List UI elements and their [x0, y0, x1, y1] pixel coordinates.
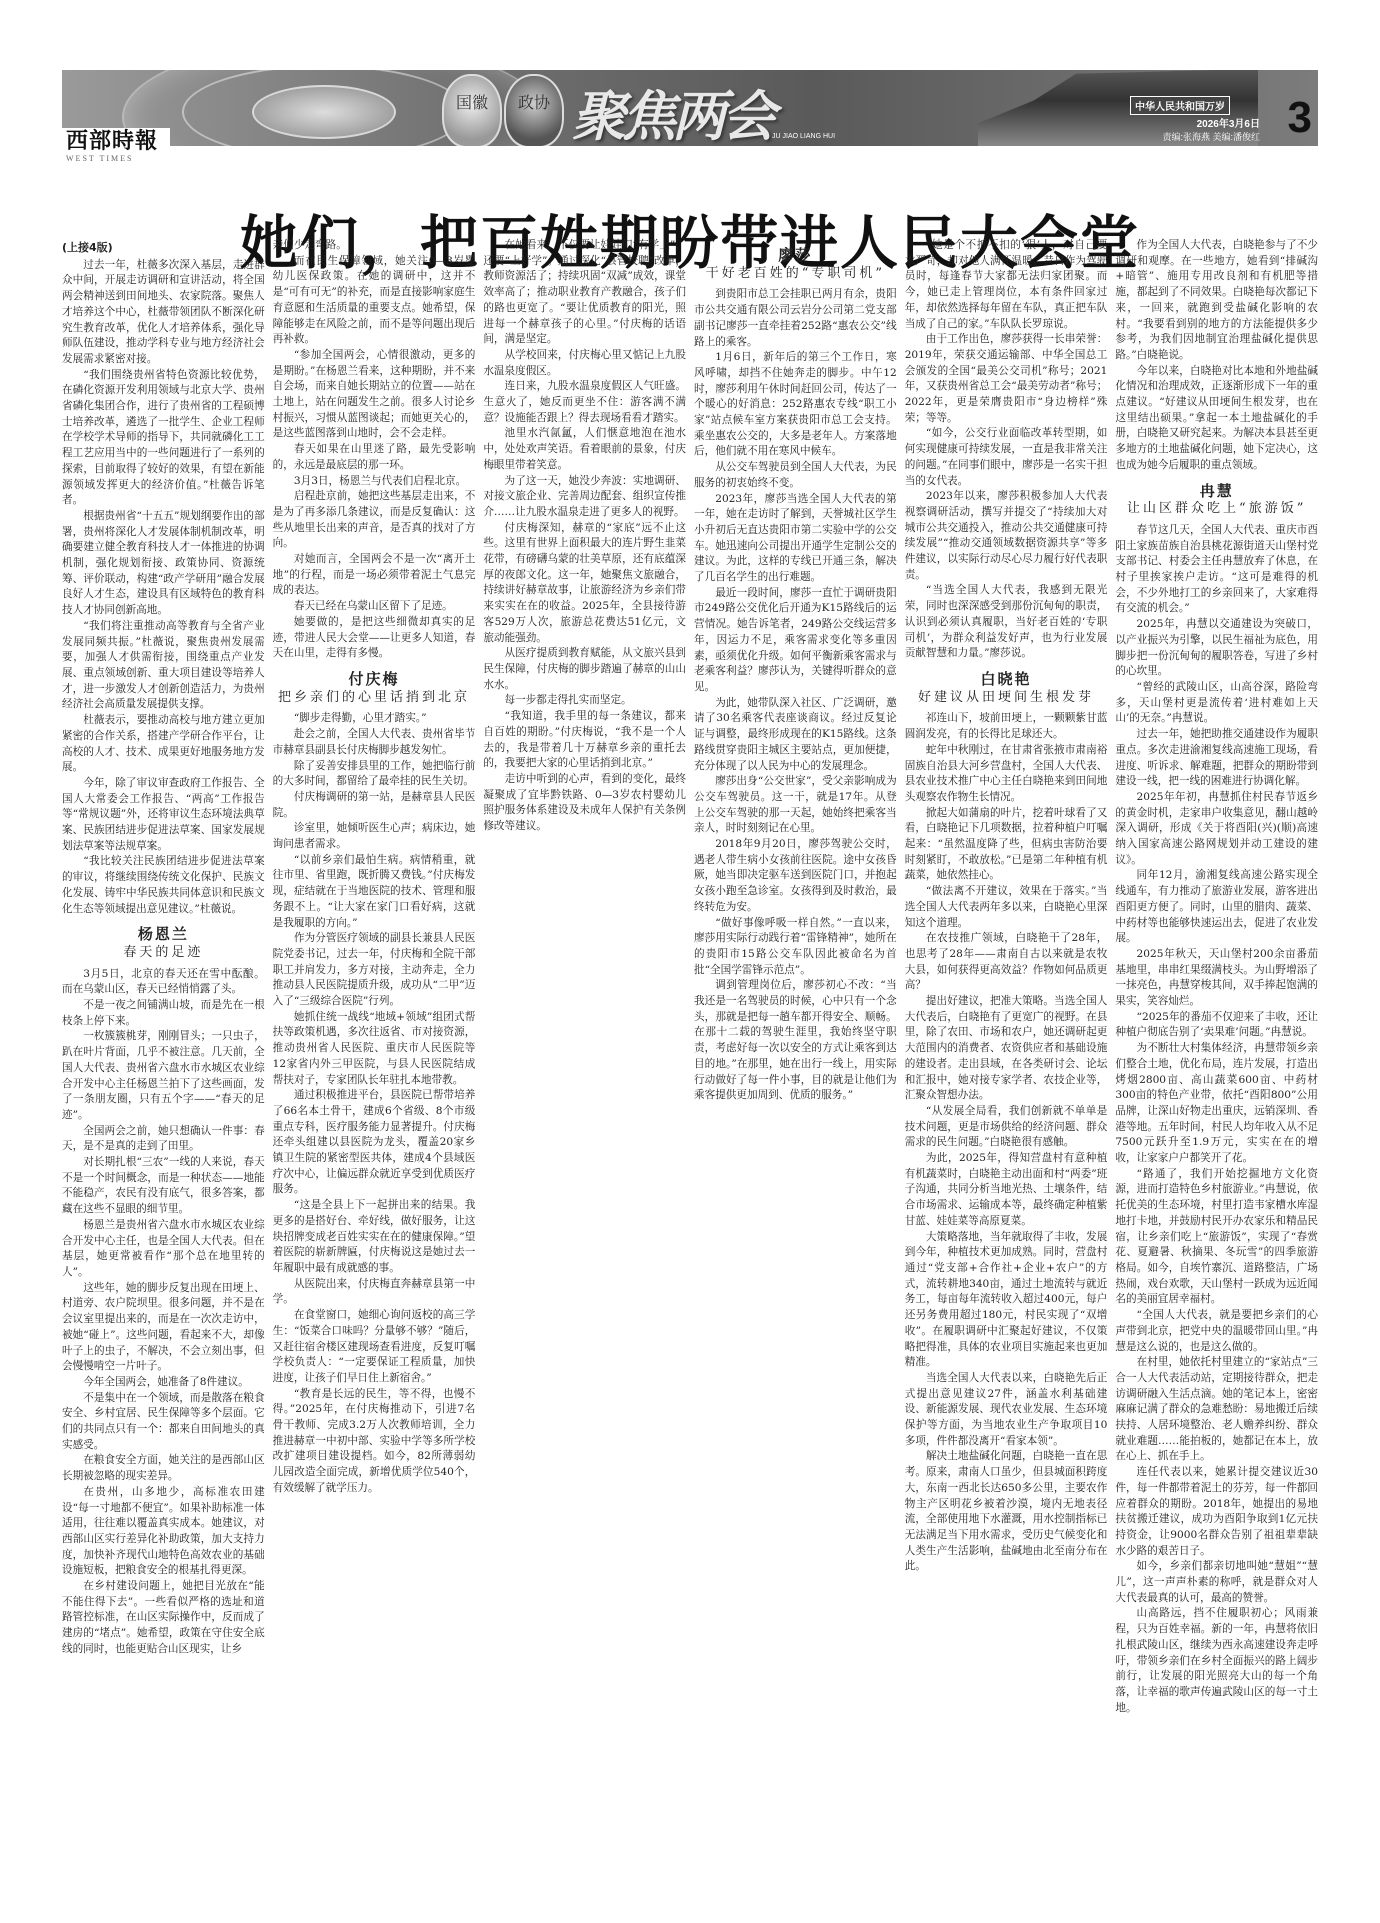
paragraph: “做好事像呼吸一样自然。”一直以来，廖莎用实际行动践行着“雷锋精神”，她所在的贵…: [694, 916, 897, 979]
paragraph: 廖莎出身“公交世家”，受父亲影响成为公交车驾驶员。这一干，就是17年。从登上公交…: [694, 774, 897, 837]
column-6: 作为全国人大代表，白晓艳参与了不少调研和观摩。在一些地方，她看到“排碱沟+暗管”…: [1115, 238, 1318, 1888]
fu-qingmei-body-cont: 在她看来，不仅要让娃娃们“有学上”，还要“上好学”。通过深化“县管校聘”改革，教…: [483, 238, 686, 835]
paragraph: “从发展全局看，我们创新就不单单是技术问题，更是市场供给的经济问题、群众需求的民…: [905, 1104, 1108, 1151]
paragraph: 为了这一天，她没少奔波：实地调研、对接文旅企业、完善周边配套、组织宣传推介……让…: [483, 474, 686, 521]
page-number: 3: [1288, 96, 1312, 140]
paragraph: 付庆梅调研的第一站，是赫章县人民医院。: [273, 790, 476, 821]
paragraph: 春天如果在山里迷了路，最先受影响的，永远是最底层的那一环。: [273, 442, 476, 473]
paragraph: 全国两会之前，她只想确认一件事：春天，是不是真的走到了田里。: [62, 1124, 265, 1155]
section-subtitle-ran-hui: 让山区群众吃上“旅游饭”: [1115, 501, 1318, 517]
liao-sha-body: 到贵阳市总工会挂职已两月有余，贵阳市公共交通有限公司云岩分公司第二党支部副书记廖…: [694, 287, 897, 1104]
paragraph: 在乡村建设问题上，她把目光放在“能不能住得下去”。一些看似严格的选址和道路管控标…: [62, 1579, 265, 1658]
paragraph: “脚步走得勤，心里才踏实。”: [273, 711, 476, 727]
paragraph: “教育是长远的民生，等不得，也慢不得。”2025年，在付庆梅推动下，引进7名骨干…: [273, 1387, 476, 1497]
bai-xiaoyan-body-cont: 作为全国人大代表，白晓艳参与了不少调研和观摩。在一些地方，她看到“排碱沟+暗管”…: [1115, 238, 1318, 474]
intro-body: 过去一年，杜薇多次深入基层，走进群众中间，开展走访调研和宣讲活动，将全国两会精神…: [62, 258, 265, 918]
paragraph: 诊室里，她倾听医生心声；病床边，她询问患者需求。: [273, 821, 476, 852]
paragraph: 同年12月，渝湘复线高速公路实现全线通车，有力推动了旅游业发展，游客进出酉阳更方…: [1115, 868, 1318, 947]
paragraph: 一枚簇簇桃芽，刚刚冒头；一只虫子，趴在叶片背面，几乎不被注意。几天前，全国人大代…: [62, 1029, 265, 1123]
column-5: “她是个不折不扣的‘狠’人，对自己要求严苛，却对他人满怀温暖。昔日作为驾驶员时，…: [905, 238, 1108, 1888]
section-name-fu-qingmei: 付庆梅: [273, 672, 476, 688]
paragraph: 为此，她带队深入社区、广泛调研，邀请了30名乘客代表座谈商议。经过反复论证与调整…: [694, 696, 897, 775]
paragraph: 提出好建议，把准大策略。当选全国人大代表后，白晓艳有了更宽广的视野。在县里，除了…: [905, 994, 1108, 1104]
newspaper-masthead: 西部時報 WEST TIMES: [62, 128, 170, 158]
column-1: (上接4版) 过去一年，杜薇多次深入基层，走进群众中间，开展走访调研和宣讲活动，…: [62, 238, 265, 1888]
editor-credits: 责编:张海燕 美编:潘俊红: [1162, 130, 1260, 143]
red-star-emblem-icon: [252, 85, 396, 139]
ran-hui-body: 春节这几天，全国人大代表、重庆市酉阳土家族苗族自治县桃花源街道天山堡村党支部书记…: [1115, 523, 1318, 1716]
column-4: 廖莎 干好老百姓的“专职司机” 到贵阳市总工会挂职已两月有余，贵阳市公共交通有限…: [694, 238, 897, 1888]
paragraph: “2025年的番茄不仅迎来了丰收，还让种植户彻底告别了‘卖果难’问题。”冉慧说。: [1115, 1010, 1318, 1041]
paragraph: 在粮食安全方面，她关注的是西部山区长期被忽略的现实差异。: [62, 1453, 265, 1484]
paragraph: 在食堂窗口，她细心询问返校的高三学生：“饭菜合口味吗？分量够不够？”随后，又赶往…: [273, 1308, 476, 1387]
paragraph: “以前乡亲们最怕生病。病情稍重，就往市里、省里跑，既折腾又费钱。”付庆梅发现，症…: [273, 853, 476, 932]
paragraph: 过去一年，杜薇多次深入基层，走进群众中间，开展走访调研和宣讲活动，将全国两会精神…: [62, 258, 265, 368]
paragraph: 调到管理岗位后，廖莎初心不改：“当我还是一名驾驶员的时候，心中只有一个念头，那就…: [694, 978, 897, 1104]
section-name-liao-sha: 廖莎: [694, 248, 897, 264]
cppcc-emblem-icon: 政协: [504, 74, 564, 146]
paragraph: 在农技推广领域，白晓艳干了28年，也思考了28年——肃南自古以来就是农牧大县，如…: [905, 931, 1108, 994]
section-subtitle-liao-sha: 干好老百姓的“专职司机”: [694, 266, 897, 282]
paragraph: 今年，除了审议审查政府工作报告、全国人大常委会工作报告、“两高”工作报告等“常规…: [62, 776, 265, 855]
paragraph: 每一步都走得扎实而坚定。: [483, 693, 686, 709]
paragraph: “我们围绕贵州省特色资源比较优势，在磷化资源开发利用领域与北京大学、贵州省磷化集…: [62, 368, 265, 509]
section-subtitle-bai-xiaoyan: 好建议从田埂间生根发芽: [905, 690, 1108, 706]
article-columns: (上接4版) 过去一年，杜薇多次深入基层，走进群众中间，开展走访调研和宣讲活动，…: [62, 238, 1318, 1888]
paragraph: 由于工作出色，廖莎获得一长串荣誉：2019年，荣获交通运输部、中华全国总工会颁发…: [905, 332, 1108, 426]
paragraph: 杨恩兰是贵州省六盘水市水城区农业综合开发中心主任，也是全国人大代表。但在基层，她…: [62, 1218, 265, 1281]
paragraph: 到贵阳市总工会挂职已两月有余，贵阳市公共交通有限公司云岩分公司第二党支部副书记廖…: [694, 287, 897, 350]
paragraph: 山高路远，挡不住履职初心；风雨兼程，只为百姓幸福。新的一年，冉慧将依旧扎根武陵山…: [1115, 1606, 1318, 1716]
paragraph: 在村里，她依托村里建立的“家站点”三合一人大代表活动站，定期接待群众，把走访调研…: [1115, 1355, 1318, 1465]
paragraph: 当选全国人大代表以来，白晓艳先后正式提出意见建议27件，涵盖水利基础建设、新能源…: [905, 1371, 1108, 1450]
paragraph: 走访中听到的心声，看到的变化，最终凝聚成了宜毕黔铁路、0—3岁农村婴幼儿照护服务…: [483, 772, 686, 835]
paragraph: 1月6日，新年后的第三个工作日，寒风呼啸，却挡不住她奔走的脚步。中午12时，廖莎…: [694, 350, 897, 460]
paragraph: “我们将注重推动高等教育与全省产业发展同频共振。”杜薇说，聚焦贵州发展需要，加强…: [62, 619, 265, 713]
paragraph: “如今，公交行业面临改革转型期，如何实现健康可持续发展，一直是我非常关注的问题。…: [905, 426, 1108, 489]
paragraph: 杜薇表示，要推动高校与地方建立更加紧密的合作关系，搭建产学研合作平台，让高校的人…: [62, 713, 265, 776]
paragraph: 如今，乡亲们都亲切地叫她“慧姐”“慧儿”，这一声声朴素的称呼，就是群众对人大代表…: [1115, 1559, 1318, 1606]
paragraph: 通过积极推进平台，县医院已帮带培养了66名本土骨干，建成6个省级、8个市级重点专…: [273, 1088, 476, 1198]
paragraph: 从医疗提质到教育赋能，从文旅兴县到民生保障，付庆梅的脚步踏遍了赫章的山山水水。: [483, 646, 686, 693]
paragraph: 解决土地盐碱化问题，白晓艳一直在思考。原来，肃南人口虽少，但县城面积跨度大，东南…: [905, 1449, 1108, 1575]
liao-sha-body-cont: “她是个不折不扣的‘狠’人，对自己要求严苛，却对他人满怀温暖。昔日作为驾驶员时，…: [905, 238, 1108, 662]
paragraph: 付庆梅深知，赫章的“家底”远不止这些。这里有世界上面积最大的连片野生韭菜花带，有…: [483, 521, 686, 647]
paragraph: “当选全国人大代表，我感到无限光荣，同时也深深感受到那份沉甸甸的职责，认识到必须…: [905, 583, 1108, 662]
section-name-yang-enlan: 杨恩兰: [62, 927, 265, 943]
paragraph: 而在民生保障领域，她关注0—3岁婴幼儿医保政策。在她的调研中，这并不是“可有可无…: [273, 254, 476, 348]
bai-xiaoyan-body: 祁连山下，坡前田埂上，一颗颗紫甘蓝圆润发亮，有的长得比足球还大。蛇年中秋刚过，在…: [905, 711, 1108, 1575]
paragraph: 在她看来，不仅要让娃娃们“有学上”，还要“上好学”。通过深化“县管校聘”改革，教…: [483, 238, 686, 348]
paragraph: 从学校回来，付庆梅心里又惦记上九股水温泉度假区。: [483, 348, 686, 379]
paragraph: “曾经的武陵山区，山高谷深，路险弯多，天山堡村更是流传着‘进村难如上天山’的无奈…: [1115, 680, 1318, 727]
paragraph: 对长期扎根“三农”一线的人来说，春天不是一个时间概念，而是一种状态——地能不能稳…: [62, 1155, 265, 1218]
paragraph: 最近一段时间，廖莎一直忙于调研贵阳市249路公交优化后开通为K15路线后的运营情…: [694, 586, 897, 696]
paragraph: 不是一夜之间铺满山坡，而是先在一根枝条上停下来。: [62, 998, 265, 1029]
paragraph: 掀起大如蒲扇的叶片，挖着叶球看了又看，白晓艳记下几项数据，拉着种植户叮嘱起来：“…: [905, 806, 1108, 885]
continued-from-label: (上接4版): [62, 240, 265, 256]
yang-enlan-body: 3月5日，北京的春天还在雪中酝酿。而在乌蒙山区，春天已经悄悄露了头。不是一夜之间…: [62, 967, 265, 1658]
paragraph: “她是个不折不扣的‘狠’人，对自己要求严苛，却对他人满怀温暖。昔日作为驾驶员时，…: [905, 238, 1108, 332]
paragraph: “全国人大代表，就是要把乡亲们的心声带到北京，把党中央的温暖带回山里。”冉慧是这…: [1115, 1308, 1318, 1355]
paragraph: “路通了，我们开始挖掘地方文化资源，进而打造特色乡村旅游业。”冉慧说，依托优美的…: [1115, 1167, 1318, 1308]
paragraph: 2018年9月20日，廖莎驾驶公交时，遇老人带生病小女孩前往医院。途中女孩昏厥，…: [694, 837, 897, 916]
column-3: 在她看来，不仅要让娃娃们“有学上”，还要“上好学”。通过深化“县管校聘”改革，教…: [483, 238, 686, 1888]
paragraph: 她抓住统一战线“地域+领域”组团式帮扶等政策机遇，多次往返省、市对接资源，推动贵…: [273, 1010, 476, 1089]
yang-enlan-body-cont: 亲们少走弯路。而在民生保障领域，她关注0—3岁婴幼儿医保政策。在她的调研中，这并…: [273, 238, 476, 662]
paragraph: 大策略落地，当年就取得了丰收，发展到今年，种植技术更加成熟。同时，营盘村通过“党…: [905, 1230, 1108, 1371]
fu-qingmei-body: “脚步走得勤，心里才踏实。”赴会之前，全国人大代表、贵州省毕节市赫章县副县长付庆…: [273, 711, 476, 1496]
paragraph: 过去一年，她把助推交通建设作为履职重点。多次走进渝湘复线高速施工现场，看进度、听…: [1115, 727, 1318, 790]
paragraph: 2025年，冉慧以交通建设为突破口，以产业振兴为引擎，以民生福祉为底色，用脚步把…: [1115, 617, 1318, 680]
paragraph: 从医院出来，付庆梅直奔赫章县第一中学。: [273, 1277, 476, 1308]
paragraph: 除了妥善安排县里的工作，她把临行前的大多时间，都留给了最牵挂的民生关切。: [273, 759, 476, 790]
paragraph: 为不断壮大村集体经济，冉慧带领乡亲们整合土地，优化布局，连片发展，打造出烤烟28…: [1115, 1041, 1318, 1167]
paragraph: 2023年以来，廖莎积极参加人大代表视察调研活动，撰写并提交了“持续加大对城市公…: [905, 489, 1108, 583]
paragraph: 祁连山下，坡前田埂上，一颗颗紫甘蓝圆润发亮，有的长得比足球还大。: [905, 711, 1108, 742]
paragraph: 在贵州，山多地少，高标准农田建设“每一寸地都不便宜”。如果补助标准一体适用，往往…: [62, 1485, 265, 1579]
paragraph: “参加全国两会，心情很激动，更多的是期盼。”在杨恩兰看来，这种期盼，并不来自会场…: [273, 348, 476, 442]
masthead-english: WEST TIMES: [66, 154, 133, 163]
paragraph: 启程赴京前，她把这些基层走出来，不是为了再多添几条建议，而是反复确认：这些从地里…: [273, 489, 476, 552]
paragraph: “我知道，我手里的每一条建议，都来自百姓的期盼。”付庆梅说，“我不是一个人去的，…: [483, 709, 686, 772]
paragraph: 不是集中在一个领域，而是散落在粮食安全、乡村宜居、民生保障等多个层面。它们的共同…: [62, 1391, 265, 1454]
section-pinyin: JU JIAO LIANG HUI: [772, 133, 835, 140]
paragraph: 这些年，她的脚步反复出现在田埂上、村道旁、农户院坝里。很多问题，并不是在会议室里…: [62, 1281, 265, 1375]
paragraph: 池里水汽氤氲，人们惬意地泡在池水中，处处欢声笑语。看着眼前的景象，付庆梅眼里带着…: [483, 426, 686, 473]
paragraph: 3月3日，杨恩兰与代表们启程北京。: [273, 474, 476, 490]
paragraph: 根据贵州省“十五五”规划纲要作出的部署，贵州将深化人才发展体制机制改革，明确要建…: [62, 509, 265, 619]
paragraph: 2025年年初，冉慧抓住村民春节返乡的黄金时机，走家串户收集意见，翻山越岭深入调…: [1115, 790, 1318, 869]
paragraph: 为此，2025年，得知营盘村有意种植有机蔬菜时，白晓艳主动出面和村“两委”班子沟…: [905, 1151, 1108, 1230]
column-2: 亲们少走弯路。而在民生保障领域，她关注0—3岁婴幼儿医保政策。在她的调研中，这并…: [273, 238, 476, 1888]
paragraph: 对她而言，全国两会不是一次“离开土地”的行程，而是一场必须带着泥土气息完成的表达…: [273, 552, 476, 599]
paragraph: 今年以来，白晓艳对比本地和外地盐碱化情况和治理成效，正逐渐形成下一年的重点建议。…: [1115, 364, 1318, 474]
paragraph: 今年全国两会，她准备了8件建议。: [62, 1375, 265, 1391]
paragraph: 作为分管医疗领域的副县长兼县人民医院党委书记，过去一年，付庆梅和全院干部职工并肩…: [273, 931, 476, 1010]
paragraph: 作为全国人大代表，白晓艳参与了不少调研和观摩。在一些地方，她看到“排碱沟+暗管”…: [1115, 238, 1318, 364]
paragraph: 她要做的，是把这些细微却真实的足迹，带进人民大会堂——让更多人知道，春天在山里，…: [273, 615, 476, 662]
section-subtitle-fu-qingmei: 把乡亲们的心里话捎到北京: [273, 690, 476, 706]
section-subtitle-yang-enlan: 春天的足迹: [62, 945, 265, 961]
section-title: 聚焦两会: [572, 74, 772, 146]
national-emblem-icon: 国徽: [442, 74, 502, 146]
gate-banner-text: 中华人民共和国万岁: [1130, 96, 1230, 115]
section-name-ran-hui: 冉慧: [1115, 484, 1318, 500]
paragraph: 从公交车驾驶员到全国人大代表，为民服务的初衷始终不变。: [694, 460, 897, 491]
paragraph: 蛇年中秋刚过，在甘肃省张掖市肃南裕固族自治县大河乡营盘村，全国人大代表、县农业技…: [905, 743, 1108, 806]
paragraph: “我比较关注民族团结进步促进法草案的审议，将继续围绕传统文化保护、民族文化发展、…: [62, 854, 265, 917]
paragraph: 3月5日，北京的春天还在雪中酝酿。而在乌蒙山区，春天已经悄悄露了头。: [62, 967, 265, 998]
section-name-bai-xiaoyan: 白晓艳: [905, 672, 1108, 688]
paragraph: “做法离不开建议，效果在于落实。”当选全国人大代表两年多以来，白晓艳心里深知这个…: [905, 884, 1108, 931]
paragraph: 2023年，廖莎当选全国人大代表的第一年，她在走访时了解到，天誉城社区学生小升初…: [694, 492, 897, 586]
masthead-chinese: 西部時報: [62, 128, 170, 154]
paragraph: 2025年秋天，天山堡村200余亩番茄基地里，串串红果缀满枝头。为山野增添了一抹…: [1115, 947, 1318, 1010]
paragraph: “这是全县上下一起拼出来的结果。我更多的是搭好台、牵好线，做好服务，让这块招牌变…: [273, 1198, 476, 1277]
paragraph: 亲们少走弯路。: [273, 238, 476, 254]
paragraph: 连日来，九股水温泉度假区人气旺盛。生意火了，她反而更坐不住：游客满不满意？设施能…: [483, 379, 686, 426]
header-banner: 国徽 政协 聚焦两会 JU JIAO LIANG HUI 中华人民共和国万岁 2…: [62, 70, 1318, 146]
paragraph: 春天已经在乌蒙山区留下了足迹。: [273, 599, 476, 615]
paragraph: 连任代表以来，她累计提交建议近30件，每一件都带着泥土的芬芳，每一件都回应着群众…: [1115, 1465, 1318, 1559]
issue-date: 2026年3月6日: [1197, 115, 1260, 130]
paragraph: 春节这几天，全国人大代表、重庆市酉阳土家族苗族自治县桃花源街道天山堡村党支部书记…: [1115, 523, 1318, 617]
paragraph: 赴会之前，全国人大代表、贵州省毕节市赫章县副县长付庆梅脚步越发匆忙。: [273, 727, 476, 758]
